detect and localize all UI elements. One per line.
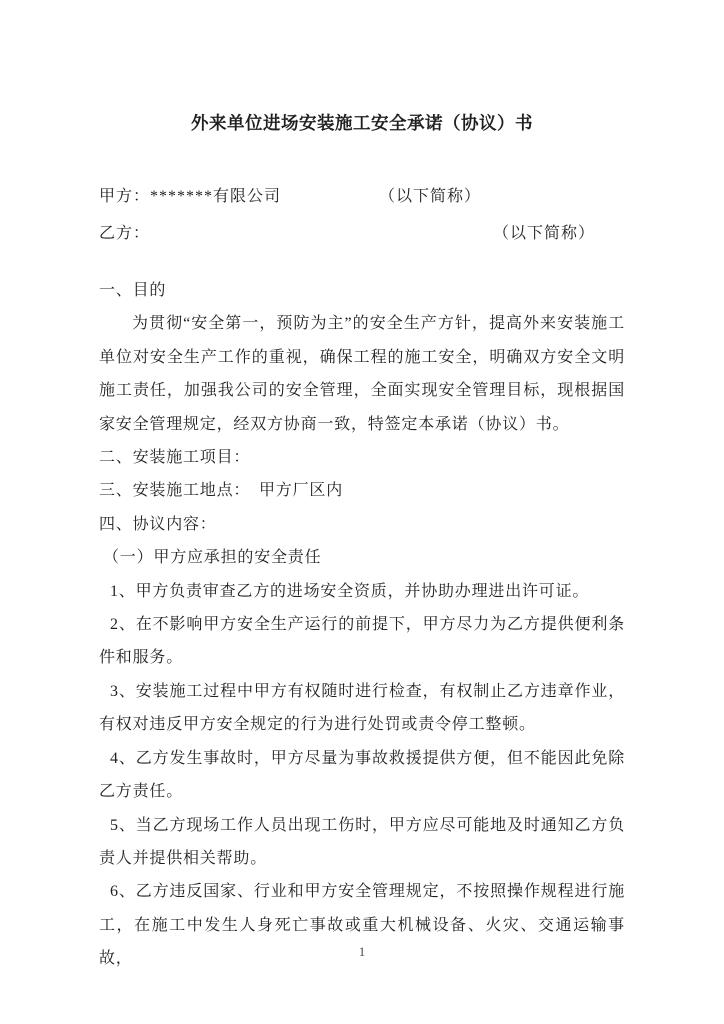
party-b-abbreviation-note: （以下简称） — [493, 220, 595, 243]
document-paragraph: 5、当乙方现场工作人员出现工伤时，甲方应尽可能地及时通知乙方负责人并提供相关帮助… — [99, 809, 625, 876]
document-paragraph: 1、甲方负责审查乙方的进场安全资质，并协助办理进出许可证。 — [99, 575, 625, 608]
document-paragraph: 6、乙方违反国家、行业和甲方安全管理规定，不按照操作规程进行施工，在施工中发生人… — [99, 875, 625, 975]
document-paragraph: 为贯彻“安全第一，预防为主”的安全生产方针，提高外来安装施工单位对安全生产工作的… — [99, 307, 625, 441]
document-title: 外来单位进场安装施工安全承诺（协议）书 — [99, 110, 625, 135]
party-b-line: 乙方： （以下简称） — [99, 220, 659, 243]
document-paragraph: 四、协议内容： — [99, 508, 625, 541]
party-b-label: 乙方： — [99, 225, 150, 242]
page-number: 1 — [99, 944, 625, 960]
document-paragraph: 2、在不影响甲方安全生产运行的前提下，甲方尽力为乙方提供便利条件和服务。 — [99, 608, 625, 675]
document-paragraph: 4、乙方发生事故时，甲方尽量为事故救援提供方便，但不能因此免除乙方责任。 — [99, 742, 625, 809]
party-a-label: 甲方：*******有限公司 — [99, 188, 281, 205]
document-paragraph: 一、目的 — [99, 274, 625, 307]
document-paragraph: 3、安装施工过程中甲方有权随时进行检查，有权制止乙方违章作业，有权对违反甲方安全… — [99, 675, 625, 742]
document-paragraph: 三、安装施工地点： 甲方厂区内 — [99, 474, 625, 507]
document-page: 外来单位进场安装施工安全承诺（协议）书 甲方：*******有限公司 （以下简称… — [0, 0, 724, 1024]
party-a-abbreviation-note: （以下简称） — [379, 183, 481, 206]
party-a-line: 甲方：*******有限公司 （以下简称） — [99, 183, 659, 206]
document-paragraph: （一）甲方应承担的安全责任 — [99, 541, 625, 574]
document-body: 一、目的为贯彻“安全第一，预防为主”的安全生产方针，提高外来安装施工单位对安全生… — [99, 274, 625, 976]
document-paragraph: 二、安装施工项目： — [99, 441, 625, 474]
